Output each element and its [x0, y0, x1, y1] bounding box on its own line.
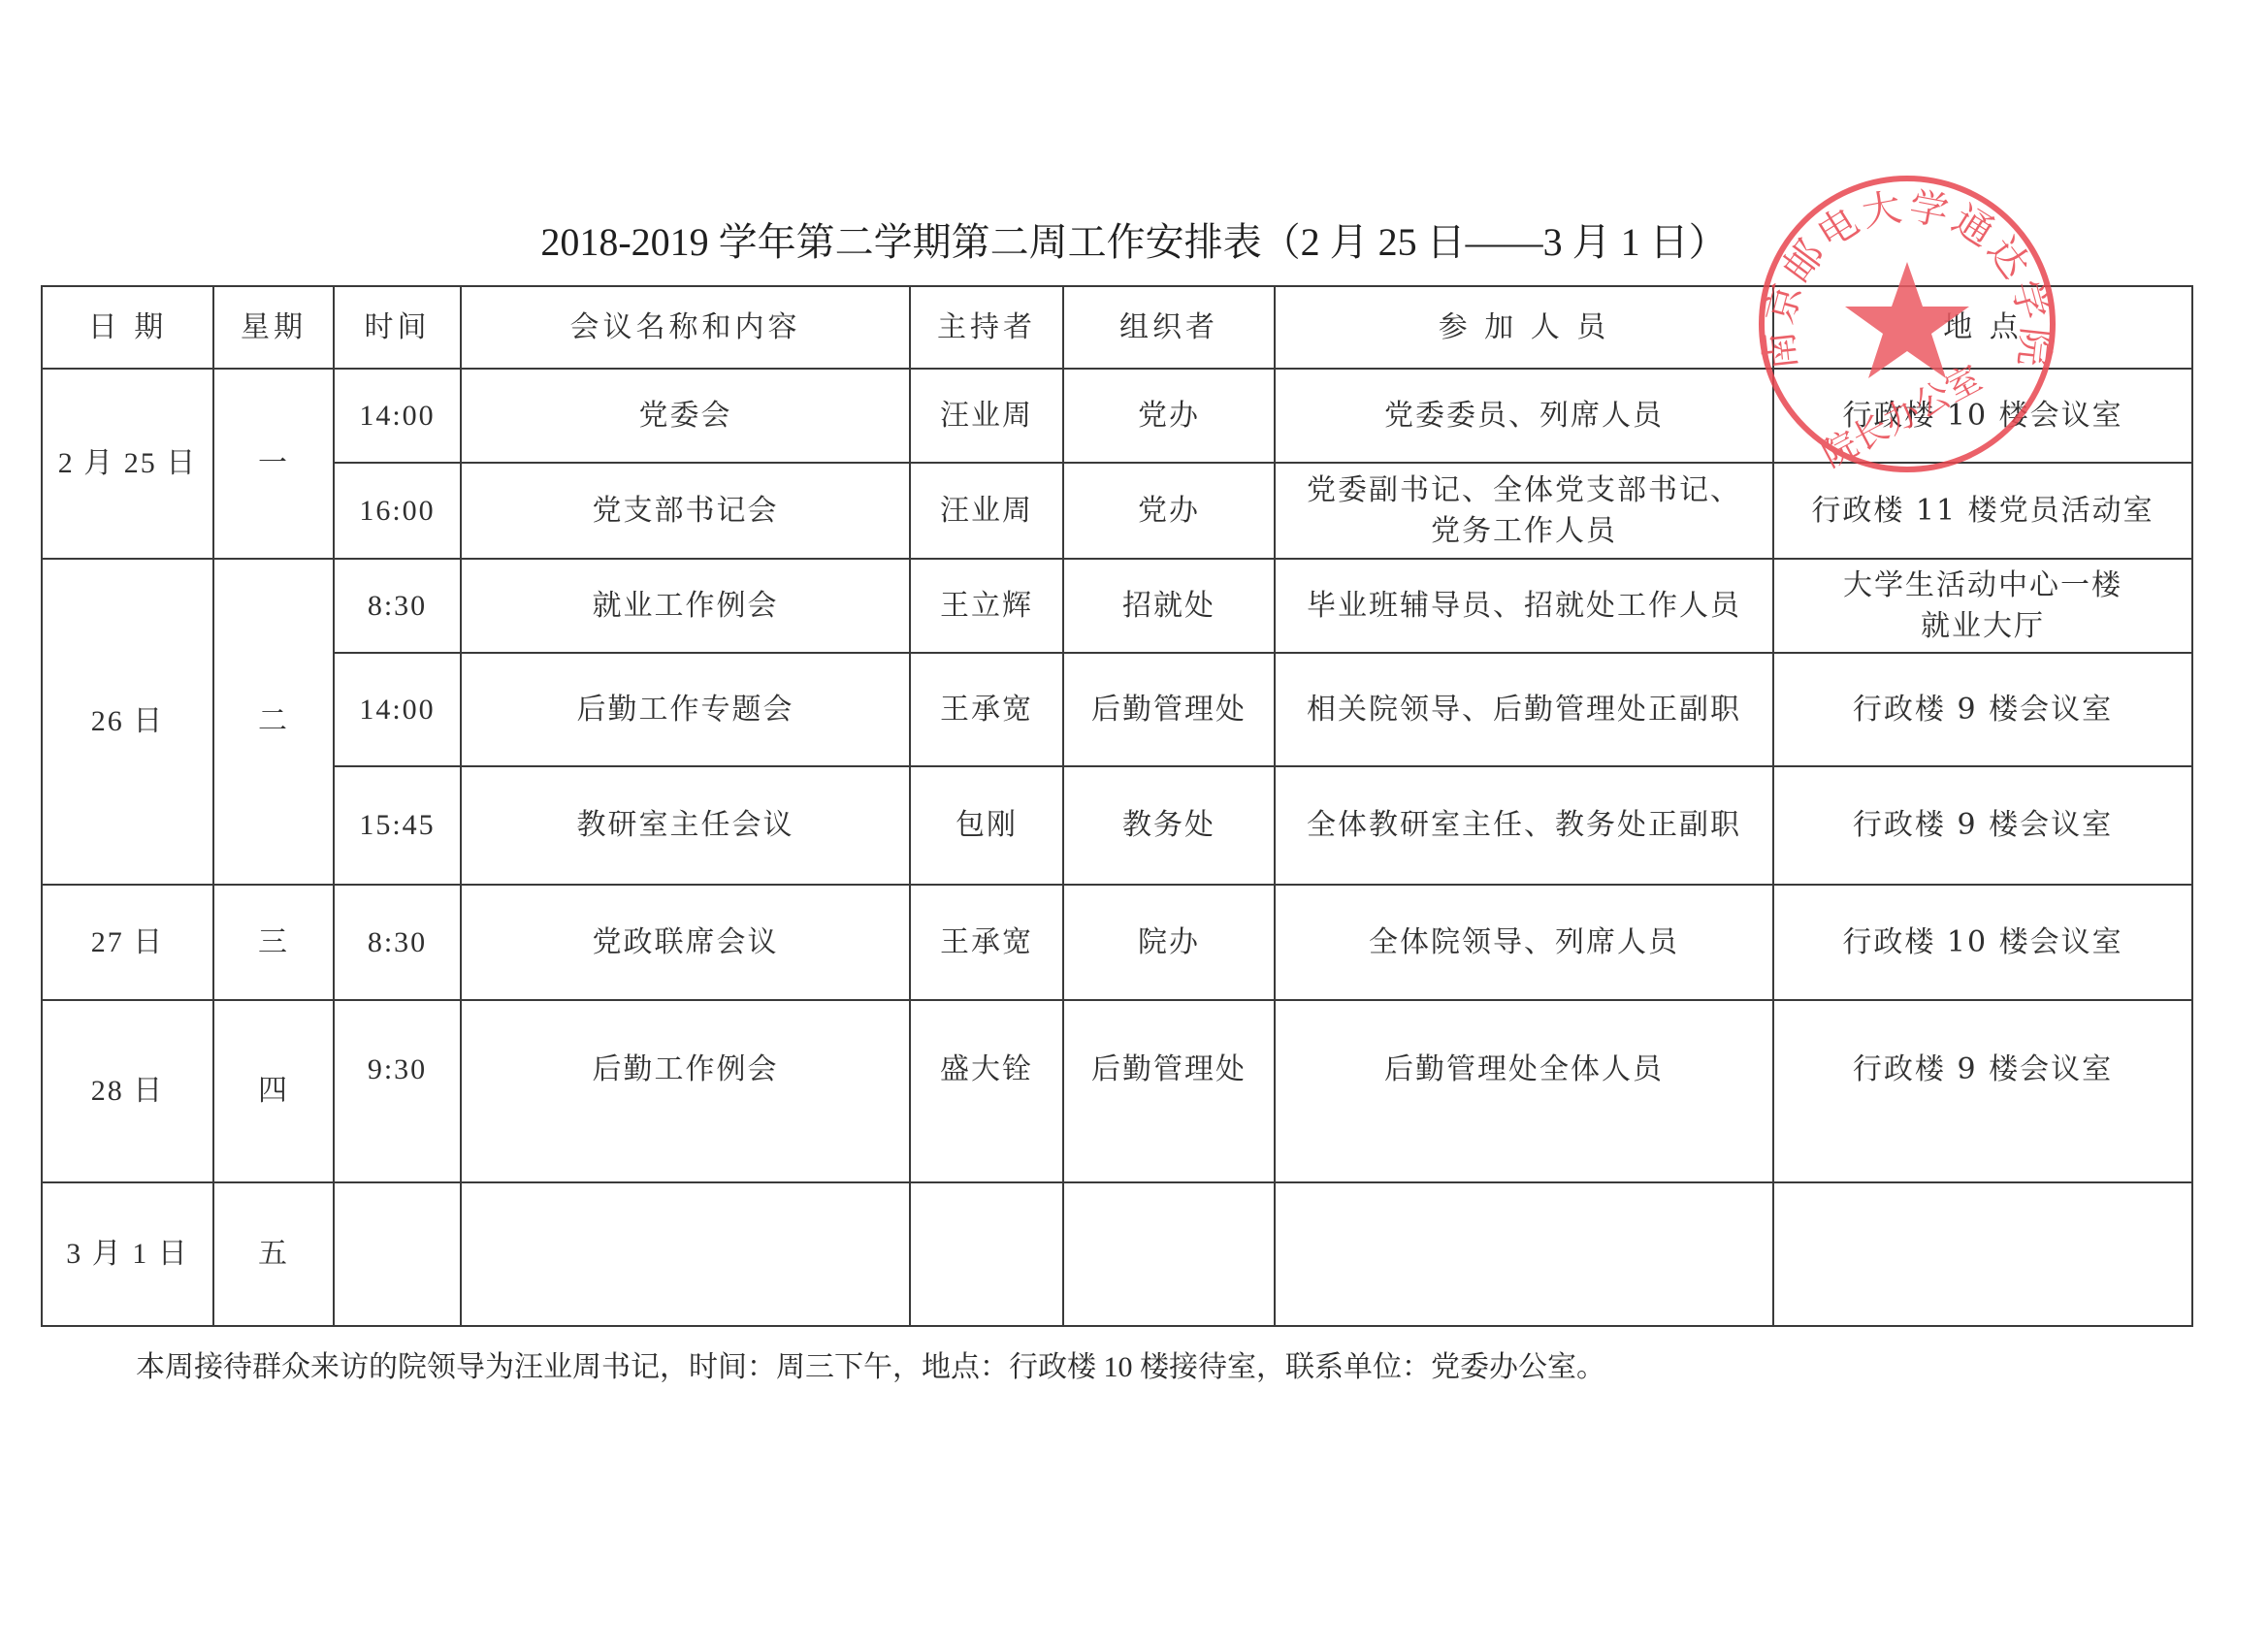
table-row: 14:00 后勤工作专题会 王承宽 后勤管理处 相关院领导、后勤管理处正副职 行…	[42, 653, 2192, 766]
attendees-cell: 后勤管理处全体人员	[1275, 1000, 1773, 1182]
organizer-cell: 招就处	[1063, 559, 1275, 653]
attendees-line-1: 党委副书记、全体党支部书记、	[1281, 470, 1766, 511]
location-line-1: 大学生活动中心一楼	[1780, 566, 2186, 606]
organizer-cell: 院办	[1063, 885, 1275, 1000]
weekday-cell: 二	[213, 559, 334, 885]
meeting-name-cell: 后勤工作例会	[461, 1000, 910, 1182]
attendees-cell: 毕业班辅导员、招就处工作人员	[1275, 559, 1773, 653]
meeting-name-cell: 后勤工作专题会	[461, 653, 910, 766]
organizer-cell	[1063, 1182, 1275, 1326]
host-cell: 王承宽	[910, 653, 1063, 766]
meeting-name-cell: 党政联席会议	[461, 885, 910, 1000]
table-row: 3 月 1 日 五	[42, 1182, 2192, 1326]
document-title: 2018-2019 学年第二学期第二周工作安排表（2 月 25 日——3 月 1…	[0, 215, 2268, 270]
time-cell: 16:00	[334, 463, 461, 559]
meeting-name-cell: 就业工作例会	[461, 559, 910, 653]
date-cell: 2 月 25 日	[42, 369, 213, 559]
time-cell: 8:30	[334, 885, 461, 1000]
location-line-2: 就业大厅	[1780, 606, 2186, 647]
time-cell: 8:30	[334, 559, 461, 653]
header-location: 地 点	[1773, 286, 2192, 369]
weekday-cell: 五	[213, 1182, 334, 1326]
table-header-row: 日 期 星期 时间 会议名称和内容 主持者 组织者 参 加 人 员 地 点	[42, 286, 2192, 369]
attendees-cell: 相关院领导、后勤管理处正副职	[1275, 653, 1773, 766]
host-cell: 王立辉	[910, 559, 1063, 653]
date-cell: 3 月 1 日	[42, 1182, 213, 1326]
attendees-cell: 党委委员、列席人员	[1275, 369, 1773, 463]
host-cell: 汪业周	[910, 463, 1063, 559]
table-row: 26 日 二 8:30 就业工作例会 王立辉 招就处 毕业班辅导员、招就处工作人…	[42, 559, 2192, 653]
host-cell: 汪业周	[910, 369, 1063, 463]
table-row: 16:00 党支部书记会 汪业周 党办 党委副书记、全体党支部书记、 党务工作人…	[42, 463, 2192, 559]
organizer-cell: 教务处	[1063, 766, 1275, 885]
table-row: 27 日 三 8:30 党政联席会议 王承宽 院办 全体院领导、列席人员 行政楼…	[42, 885, 2192, 1000]
date-cell: 28 日	[42, 1000, 213, 1182]
weekday-cell: 三	[213, 885, 334, 1000]
attendees-cell: 党委副书记、全体党支部书记、 党务工作人员	[1275, 463, 1773, 559]
location-cell	[1773, 1182, 2192, 1326]
table-row: 28 日 四 9:30 后勤工作例会 盛大铨 后勤管理处 后勤管理处全体人员 行…	[42, 1000, 2192, 1182]
table-row: 15:45 教研室主任会议 包刚 教务处 全体教研室主任、教务处正副职 行政楼 …	[42, 766, 2192, 885]
meeting-name-cell	[461, 1182, 910, 1326]
location-cell: 行政楼 9 楼会议室	[1773, 766, 2192, 885]
header-date: 日 期	[42, 286, 213, 369]
host-cell: 王承宽	[910, 885, 1063, 1000]
attendees-line-2: 党务工作人员	[1281, 511, 1766, 552]
meeting-name-cell: 党委会	[461, 369, 910, 463]
location-cell: 大学生活动中心一楼 就业大厅	[1773, 559, 2192, 653]
time-cell: 15:45	[334, 766, 461, 885]
meeting-name-cell: 教研室主任会议	[461, 766, 910, 885]
location-cell: 行政楼 9 楼会议室	[1773, 1000, 2192, 1182]
host-cell: 盛大铨	[910, 1000, 1063, 1182]
organizer-cell: 后勤管理处	[1063, 1000, 1275, 1182]
time-cell: 14:00	[334, 369, 461, 463]
date-cell: 26 日	[42, 559, 213, 885]
table-row: 2 月 25 日 一 14:00 党委会 汪业周 党办 党委委员、列席人员 行政…	[42, 369, 2192, 463]
footer-note: 本周接待群众来访的院领导为汪业周书记，时间：周三下午，地点：行政楼 10 楼接待…	[136, 1348, 1605, 1387]
meeting-name-cell: 党支部书记会	[461, 463, 910, 559]
host-cell	[910, 1182, 1063, 1326]
header-weekday: 星期	[213, 286, 334, 369]
header-meeting-name: 会议名称和内容	[461, 286, 910, 369]
schedule-table: 日 期 星期 时间 会议名称和内容 主持者 组织者 参 加 人 员 地 点 2 …	[41, 285, 2193, 1327]
weekday-cell: 一	[213, 369, 334, 559]
organizer-cell: 党办	[1063, 369, 1275, 463]
attendees-cell: 全体院领导、列席人员	[1275, 885, 1773, 1000]
time-cell	[334, 1182, 461, 1326]
attendees-cell	[1275, 1182, 1773, 1326]
date-cell: 27 日	[42, 885, 213, 1000]
header-host: 主持者	[910, 286, 1063, 369]
weekday-cell: 四	[213, 1000, 334, 1182]
location-cell: 行政楼 9 楼会议室	[1773, 653, 2192, 766]
location-cell: 行政楼 11 楼党员活动室	[1773, 463, 2192, 559]
time-cell: 14:00	[334, 653, 461, 766]
location-cell: 行政楼 10 楼会议室	[1773, 885, 2192, 1000]
host-cell: 包刚	[910, 766, 1063, 885]
location-cell: 行政楼 10 楼会议室	[1773, 369, 2192, 463]
attendees-cell: 全体教研室主任、教务处正副职	[1275, 766, 1773, 885]
header-time: 时间	[334, 286, 461, 369]
organizer-cell: 党办	[1063, 463, 1275, 559]
header-attendees: 参 加 人 员	[1275, 286, 1773, 369]
time-cell: 9:30	[334, 1000, 461, 1182]
organizer-cell: 后勤管理处	[1063, 653, 1275, 766]
header-organizer: 组织者	[1063, 286, 1275, 369]
